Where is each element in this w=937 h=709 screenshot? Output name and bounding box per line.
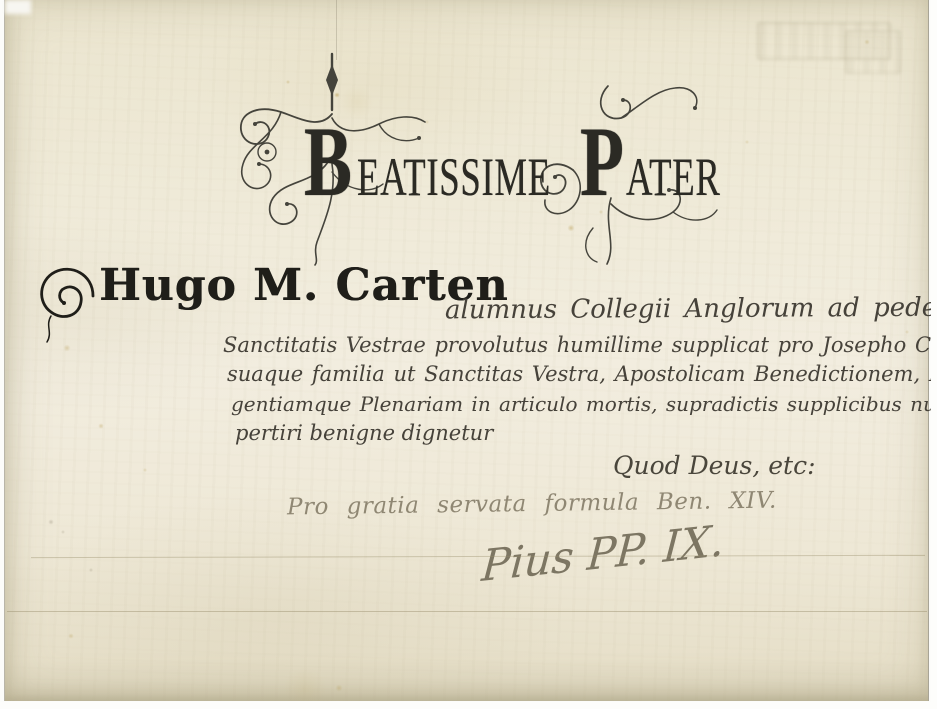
title-initial-p: P (580, 112, 624, 212)
petition-line-4: gentiamque Plenariam in articulo mortis,… (231, 394, 937, 414)
scan-corner-artifact (5, 0, 31, 14)
document-scan: B EATISSIME P ATER Hugo M. Carten alumnu… (0, 0, 937, 709)
petition-line-2: Sanctitatis Vestrae provolutus humillime… (223, 335, 937, 356)
quod-deus-line: Quod Deus, etc: (613, 453, 816, 478)
scan-margin-right (931, 0, 937, 709)
scan-margin-bottom (0, 702, 937, 709)
petition-line-3: suaque familia ut Sanctitas Vestra, Apos… (227, 364, 937, 385)
petition-line-5: pertiri benigne dignetur (235, 423, 493, 444)
title-word-beatissime: EATISSIME (357, 150, 551, 204)
ink-bleedthrough-mark (845, 30, 901, 74)
petition-line-1: alumnus Collegii Anglorum ad pedes (445, 295, 937, 324)
ruled-line (31, 555, 925, 558)
paper-crease (336, 0, 337, 60)
ruled-line (7, 611, 927, 612)
title-word-pater: ATER (626, 150, 721, 204)
name-initial-flourish (33, 262, 99, 348)
formula-line: Pro gratia servata formula Ben. XIV. (287, 490, 777, 520)
title-initial-b: B (304, 112, 352, 212)
parchment-paper: B EATISSIME P ATER Hugo M. Carten alumnu… (4, 0, 929, 701)
